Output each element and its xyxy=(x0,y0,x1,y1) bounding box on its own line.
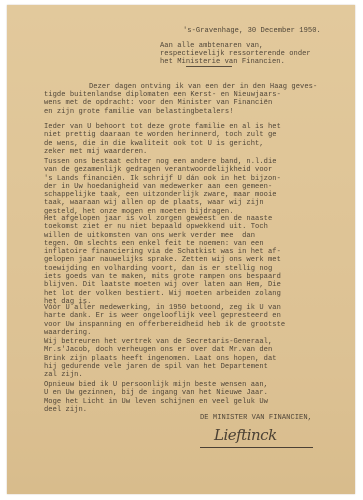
handwritten-signature: Lieftinck xyxy=(214,426,277,444)
paragraph-3: Tussen ons bestaat echter nog een andere… xyxy=(44,158,281,216)
signature-underline xyxy=(200,447,313,448)
paragraph-1: tigde buitenlandse diplomaten een Kerst-… xyxy=(44,91,281,116)
paragraph-2: Ieder van U behoort tot deze grote famil… xyxy=(44,123,281,156)
closing-title: DE MINISTER VAN FINANCIEN, xyxy=(200,414,312,422)
place-date: 's-Gravenhage, 30 December 1950. xyxy=(183,27,321,35)
paragraph-5: Vóór U aller medewerking, in 1950 betoon… xyxy=(44,304,285,337)
paragraph-4: Het afgelopen jaar is vol zorgen geweest… xyxy=(44,215,281,306)
paragraph-6: Wij betreuren het vertrek van de Secreta… xyxy=(44,338,277,379)
paragraph-7: Opnieuw bied ik U persoonlijk mijn beste… xyxy=(44,381,268,414)
addressee-underline xyxy=(186,66,232,67)
